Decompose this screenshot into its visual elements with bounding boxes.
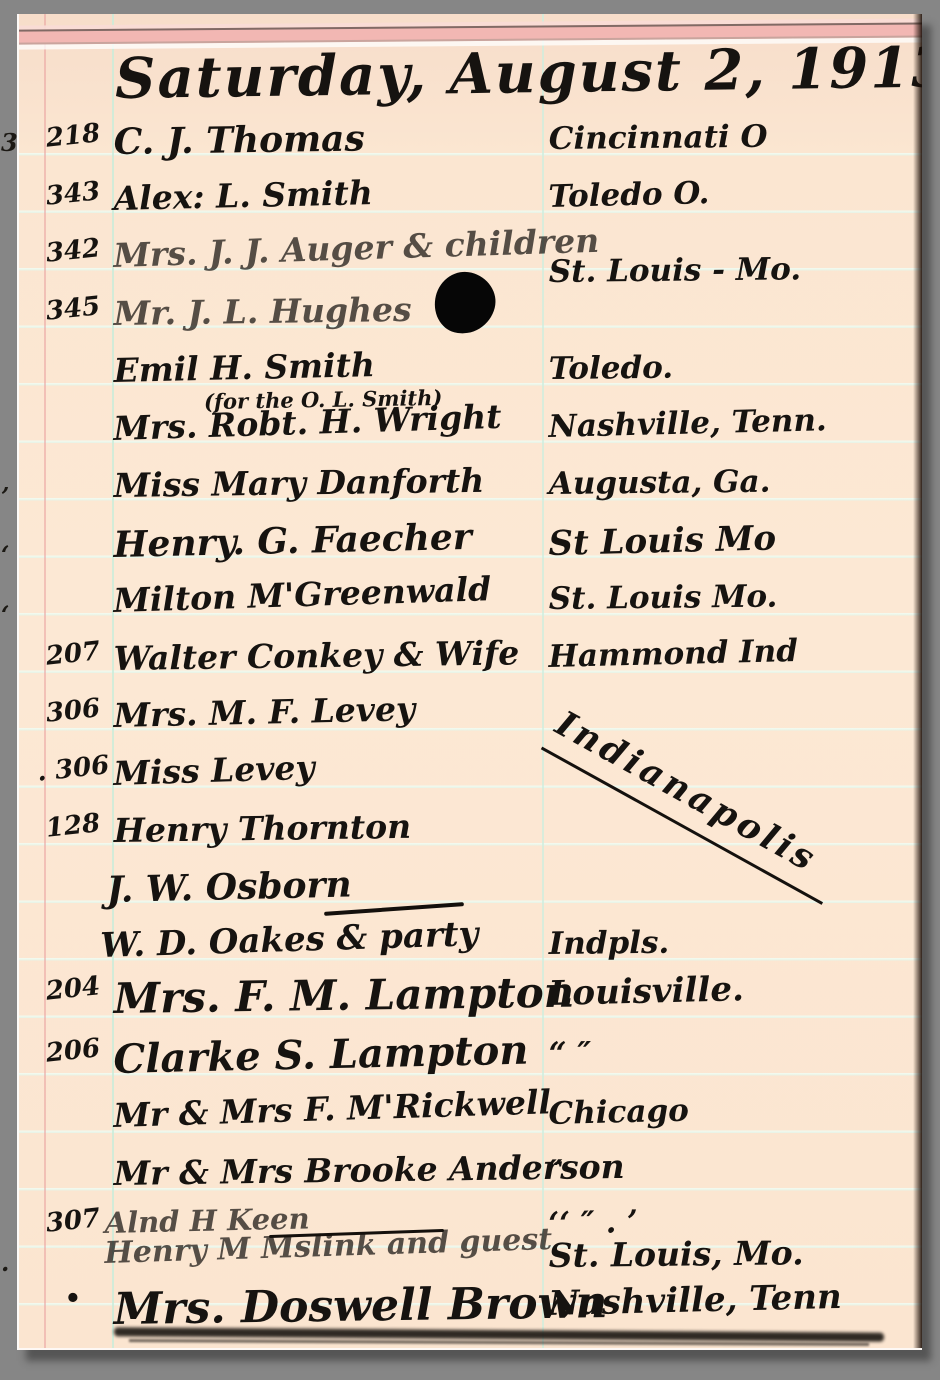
guest-name: C. J. Thomas	[113, 117, 365, 163]
guest-name: Mrs. Doswell Brown	[113, 1277, 607, 1335]
guest-name: Alex: L. Smith	[113, 173, 373, 218]
ledger-page: Saturday, August 2, 1913. 218C. J. Thoma…	[17, 14, 922, 1350]
guest-residence: Nashville, Tenn.	[548, 402, 827, 445]
guest-residence: “ ″	[549, 1036, 592, 1072]
gutter-fragment: .	[1, 1248, 19, 1277]
register-row: Milton M'GreenwaldSt. Louis Mo.	[19, 581, 922, 631]
register-row: Miss Mary DanforthAugusta, Ga.	[19, 466, 922, 516]
guest-name: Clarke S. Lampton	[113, 1027, 529, 1083]
register-row: Mrs. Robt. H. WrightNashville, Tenn.	[19, 409, 922, 459]
guest-residence: Indpls.	[549, 925, 670, 962]
room-number: 307	[36, 1202, 111, 1239]
room-number: 204	[36, 970, 111, 1007]
room-number: 206	[36, 1032, 111, 1069]
gutter-fragment: ‘	[1, 600, 19, 629]
guest-name: Emil H. Smith	[113, 345, 375, 390]
guest-name: J. W. Osborn	[106, 863, 352, 911]
guest-residence: St. Louis, Mo.	[549, 1233, 804, 1275]
room-number: . 306	[36, 750, 111, 787]
room-number: 343	[36, 175, 111, 212]
guest-residence: Toledo O.	[548, 175, 710, 215]
register-row: Emil H. Smith(for the O. L. Smith)Toledo…	[19, 351, 922, 401]
room-number: 218	[36, 117, 111, 154]
register-row: . 306Miss Levey	[19, 754, 922, 804]
guest-residence: Louisville.	[548, 969, 744, 1014]
gutter-fragment: ‘	[1, 540, 19, 569]
guest-residence: ″	[549, 1154, 563, 1190]
guest-residence: Hammond Ind	[548, 633, 798, 675]
register-row: •Mrs. Doswell BrownNashville, Tenn	[19, 1284, 922, 1334]
register-row: 306Mrs. M. F. Levey	[19, 696, 922, 746]
register-row: 218C. J. ThomasCincinnati O	[19, 121, 922, 171]
room-number: •	[36, 1280, 111, 1317]
guest-name: Henry Thornton	[113, 807, 411, 850]
page-title: Saturday, August 2, 1913.	[115, 34, 922, 112]
room-number: 207	[36, 635, 111, 672]
room-number: 342	[36, 232, 111, 269]
guest-name: Mr. J. L. Hughes	[113, 290, 411, 333]
register-row: Henry. G. FaecherSt Louis Mo	[19, 524, 922, 574]
room-number: 306	[36, 692, 111, 729]
guest-residence: Toledo.	[549, 350, 674, 387]
guest-name: Walter Conkey & Wife	[113, 633, 519, 678]
guest-residence: Augusta, Ga.	[549, 464, 771, 502]
guest-residence: St. Louis - Mo.	[549, 251, 802, 290]
room-number: 128	[36, 807, 111, 844]
guest-name: Henry. G. Faecher	[113, 516, 472, 566]
register-row: 207Walter Conkey & WifeHammond Ind	[19, 639, 922, 689]
guest-residence: St Louis Mo	[548, 518, 777, 564]
guest-residence: Nashville, Tenn	[548, 1277, 842, 1324]
register-row: Mr & Mrs Brooke Anderson″	[19, 1154, 922, 1204]
book-gutter-shadow	[913, 14, 922, 1348]
gutter-fragment: 3	[1, 128, 19, 157]
register-row: 204Mrs. F. M. LamptonLouisville.	[19, 974, 922, 1024]
guest-residence: St. Louis Mo.	[549, 579, 778, 617]
guest-residence: Cincinnati O	[549, 119, 768, 157]
register-row: 206Clarke S. Lampton“ ″	[19, 1036, 922, 1086]
guest-residence: Chicago	[548, 1093, 689, 1132]
register-row: Mr & Mrs F. M'RickwellChicago	[19, 1096, 922, 1146]
guest-name: Miss Levey	[113, 748, 315, 793]
room-number: 345	[36, 290, 111, 327]
register-row: 343Alex: L. SmithToledo O.	[19, 179, 922, 229]
guest-name: Mrs. M. F. Levey	[113, 689, 415, 735]
guest-name: Miss Mary Danforth	[113, 461, 484, 505]
scanned-register-screenshot: { "page": { "title": "Saturday, August 2…	[0, 0, 940, 1380]
guest-name: Mrs. F. M. Lampton	[113, 968, 574, 1023]
gutter-fragment: ’	[1, 482, 19, 511]
